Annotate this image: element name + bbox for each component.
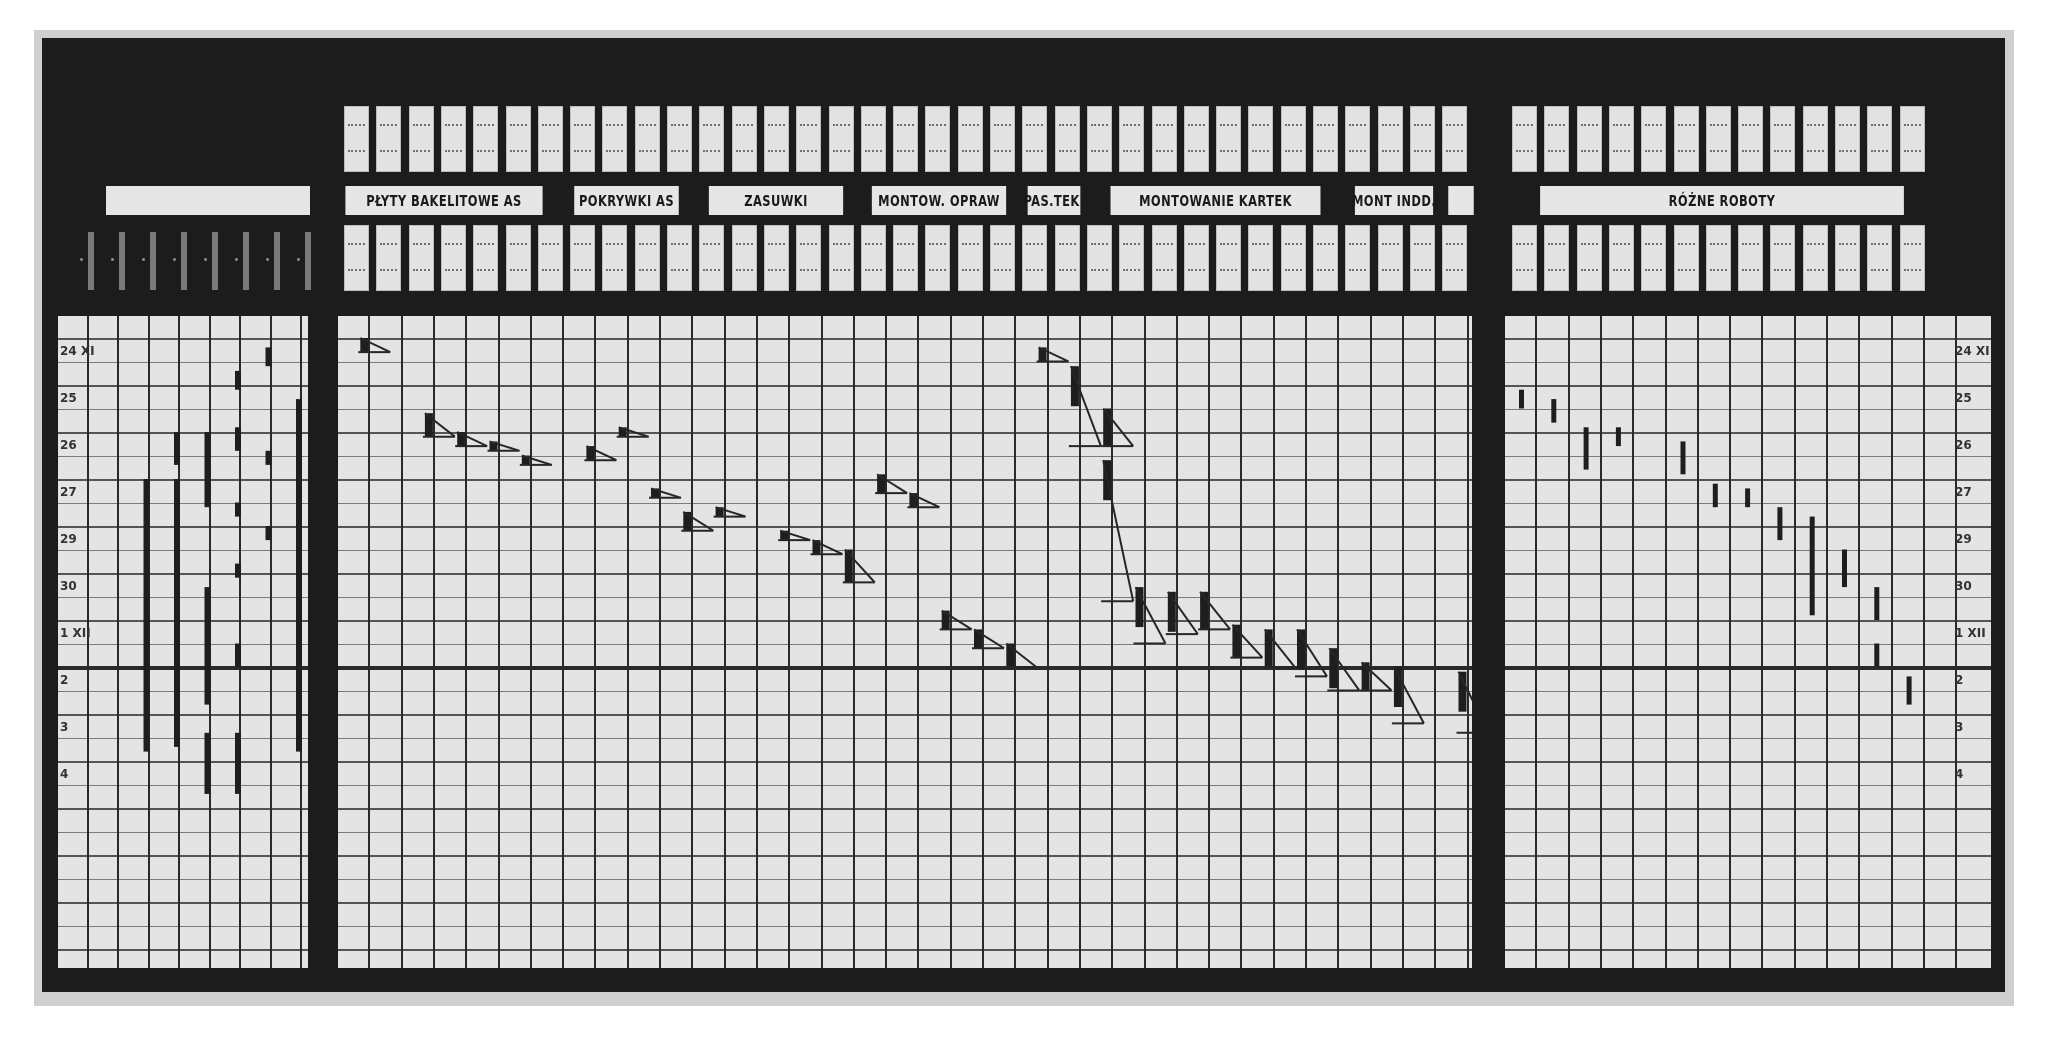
upper-card <box>1119 106 1144 172</box>
upper-card <box>1087 106 1112 172</box>
lower-card <box>1152 225 1177 291</box>
upper-rozne-card <box>1900 106 1925 172</box>
schedule-bar <box>235 644 241 668</box>
upper-card <box>925 106 950 172</box>
upper-card <box>602 106 627 172</box>
schedule-bar <box>266 526 272 540</box>
lower-rozne-card <box>1803 225 1828 291</box>
upper-card <box>829 106 854 172</box>
upper-rozne-card <box>1738 106 1763 172</box>
lower-rozne-card <box>1512 225 1537 291</box>
lower-card <box>1345 225 1370 291</box>
lower-card <box>699 225 724 291</box>
schedule-bar <box>1681 441 1686 474</box>
schedule-bar <box>144 615 150 751</box>
schedule-bar <box>1616 427 1621 446</box>
upper-card <box>699 106 724 172</box>
lower-card <box>344 225 369 291</box>
pin <box>142 258 145 261</box>
upper-rozne-card <box>1641 106 1666 172</box>
lower-card <box>1216 225 1241 291</box>
lower-card <box>1119 225 1144 291</box>
upper-card <box>538 106 563 172</box>
upper-card <box>732 106 757 172</box>
schedule-bar <box>1745 488 1750 507</box>
section-label-plyty: PŁYTY BAKELITOWE AS <box>345 186 542 215</box>
upper-rozne-card <box>1512 106 1537 172</box>
upper-rozne-card <box>1706 106 1731 172</box>
upper-card <box>1313 106 1338 172</box>
upper-rozne-card <box>1835 106 1860 172</box>
upper-card <box>1410 106 1435 172</box>
upper-card <box>861 106 886 172</box>
upper-card <box>1345 106 1370 172</box>
lower-card <box>409 225 434 291</box>
upper-rozne-card <box>1803 106 1828 172</box>
schedule-bar <box>1874 644 1879 668</box>
pin <box>204 258 207 261</box>
lower-card <box>1055 225 1080 291</box>
lower-card <box>441 225 466 291</box>
lower-card <box>1248 225 1273 291</box>
lower-rozne-card <box>1835 225 1860 291</box>
lower-card <box>1184 225 1209 291</box>
schedule-bar <box>1842 550 1847 588</box>
lower-card <box>635 225 660 291</box>
upper-card <box>667 106 692 172</box>
lower-card <box>506 225 531 291</box>
upper-card <box>1378 106 1403 172</box>
lower-rozne-card <box>1738 225 1763 291</box>
pin <box>173 258 176 261</box>
peg <box>150 232 156 290</box>
peg <box>119 232 125 290</box>
schedule-bar <box>266 347 272 366</box>
section-label-blank <box>1448 186 1474 215</box>
pin <box>266 258 269 261</box>
lower-rozne-card <box>1641 225 1666 291</box>
upper-card <box>473 106 498 172</box>
peg <box>181 232 187 290</box>
upper-card <box>441 106 466 172</box>
peg <box>274 232 280 290</box>
lower-card <box>764 225 789 291</box>
section-label-blank-left <box>106 186 310 215</box>
section-label-rozne-roboty: RÓŻNE ROBOTY <box>1540 186 1904 215</box>
lower-card <box>1442 225 1467 291</box>
pin <box>297 258 300 261</box>
schedule-bar <box>205 733 211 794</box>
lower-card <box>473 225 498 291</box>
upper-card <box>1248 106 1273 172</box>
upper-card <box>1022 106 1047 172</box>
upper-card <box>1281 106 1306 172</box>
schedule-bar <box>1810 517 1815 616</box>
chart-marks <box>338 316 1472 968</box>
upper-card <box>570 106 595 172</box>
upper-rozne-card <box>1674 106 1699 172</box>
schedule-bar <box>235 564 241 578</box>
schedule-bar <box>266 451 272 465</box>
lower-card <box>925 225 950 291</box>
upper-card <box>764 106 789 172</box>
section-label-pokrywki: POKRYWKI AS <box>574 186 679 215</box>
lower-card <box>667 225 692 291</box>
schedule-bar <box>235 427 241 451</box>
upper-card <box>796 106 821 172</box>
lower-card <box>990 225 1015 291</box>
schedule-bar <box>174 432 180 465</box>
upper-rozne-card <box>1770 106 1795 172</box>
upper-card <box>1055 106 1080 172</box>
peg <box>305 232 311 290</box>
upper-card <box>344 106 369 172</box>
lower-card <box>958 225 983 291</box>
upper-rozne-card <box>1577 106 1602 172</box>
chart-marks <box>58 316 308 968</box>
schedule-bar <box>1874 587 1879 620</box>
chart-panel-left: 24 XI25262729301 XII234 <box>58 316 308 968</box>
pin <box>80 258 83 261</box>
section-label-zasuwki: ZASUWKI <box>709 186 843 215</box>
upper-card <box>958 106 983 172</box>
pin <box>111 258 114 261</box>
schedule-bar <box>1584 427 1589 469</box>
lower-card <box>1313 225 1338 291</box>
progress-line <box>1103 460 1133 601</box>
lower-card <box>796 225 821 291</box>
upper-card <box>1442 106 1467 172</box>
lower-card <box>1410 225 1435 291</box>
upper-card <box>506 106 531 172</box>
lower-card <box>1087 225 1112 291</box>
schedule-bar <box>205 587 211 705</box>
peg <box>243 232 249 290</box>
upper-card <box>1216 106 1241 172</box>
peg <box>212 232 218 290</box>
lower-rozne-card <box>1867 225 1892 291</box>
schedule-bar <box>235 503 241 517</box>
schedule-bar <box>235 733 241 794</box>
schedule-bar <box>1551 399 1556 423</box>
lower-card <box>376 225 401 291</box>
schedule-bar <box>205 432 211 507</box>
schedule-bar <box>174 479 180 747</box>
lower-rozne-card <box>1900 225 1925 291</box>
lower-rozne-card <box>1544 225 1569 291</box>
chart-panel-rozne-roboty: 24 XI25262729301 XII234 <box>1505 316 1991 968</box>
schedule-bar <box>1713 484 1718 508</box>
chart-marks <box>1505 316 1991 968</box>
lower-card <box>538 225 563 291</box>
schedule-bar <box>296 399 302 751</box>
upper-card <box>1152 106 1177 172</box>
upper-rozne-card <box>1609 106 1634 172</box>
lower-card <box>570 225 595 291</box>
lower-card <box>1281 225 1306 291</box>
lower-card <box>861 225 886 291</box>
upper-card <box>893 106 918 172</box>
section-label-montowanie-kartek: MONTOWANIE KARTEK <box>1111 186 1321 215</box>
lower-rozne-card <box>1609 225 1634 291</box>
lower-card <box>732 225 757 291</box>
schedule-bar <box>1777 507 1782 540</box>
pin <box>235 258 238 261</box>
peg <box>88 232 94 290</box>
upper-card <box>635 106 660 172</box>
schedule-bar <box>1907 676 1912 704</box>
lower-card <box>829 225 854 291</box>
upper-card <box>1184 106 1209 172</box>
upper-rozne-card <box>1867 106 1892 172</box>
upper-card <box>376 106 401 172</box>
section-label-mont-indd: MONT INDD. <box>1355 186 1433 215</box>
lower-card <box>1022 225 1047 291</box>
schedule-bar <box>1519 390 1524 409</box>
lower-card <box>602 225 627 291</box>
lower-card <box>893 225 918 291</box>
lower-rozne-card <box>1674 225 1699 291</box>
schedule-bar <box>235 371 241 390</box>
section-label-montow-opraw: MONTOW. OPRAW <box>872 186 1006 215</box>
lower-rozne-card <box>1770 225 1795 291</box>
chart-panel-middle <box>338 316 1472 968</box>
upper-rozne-card <box>1544 106 1569 172</box>
lower-card <box>1378 225 1403 291</box>
section-label-pas-tek: PAS.TEK. <box>1028 186 1081 215</box>
lower-rozne-card <box>1706 225 1731 291</box>
upper-card <box>990 106 1015 172</box>
lower-rozne-card <box>1577 225 1602 291</box>
upper-card <box>409 106 434 172</box>
